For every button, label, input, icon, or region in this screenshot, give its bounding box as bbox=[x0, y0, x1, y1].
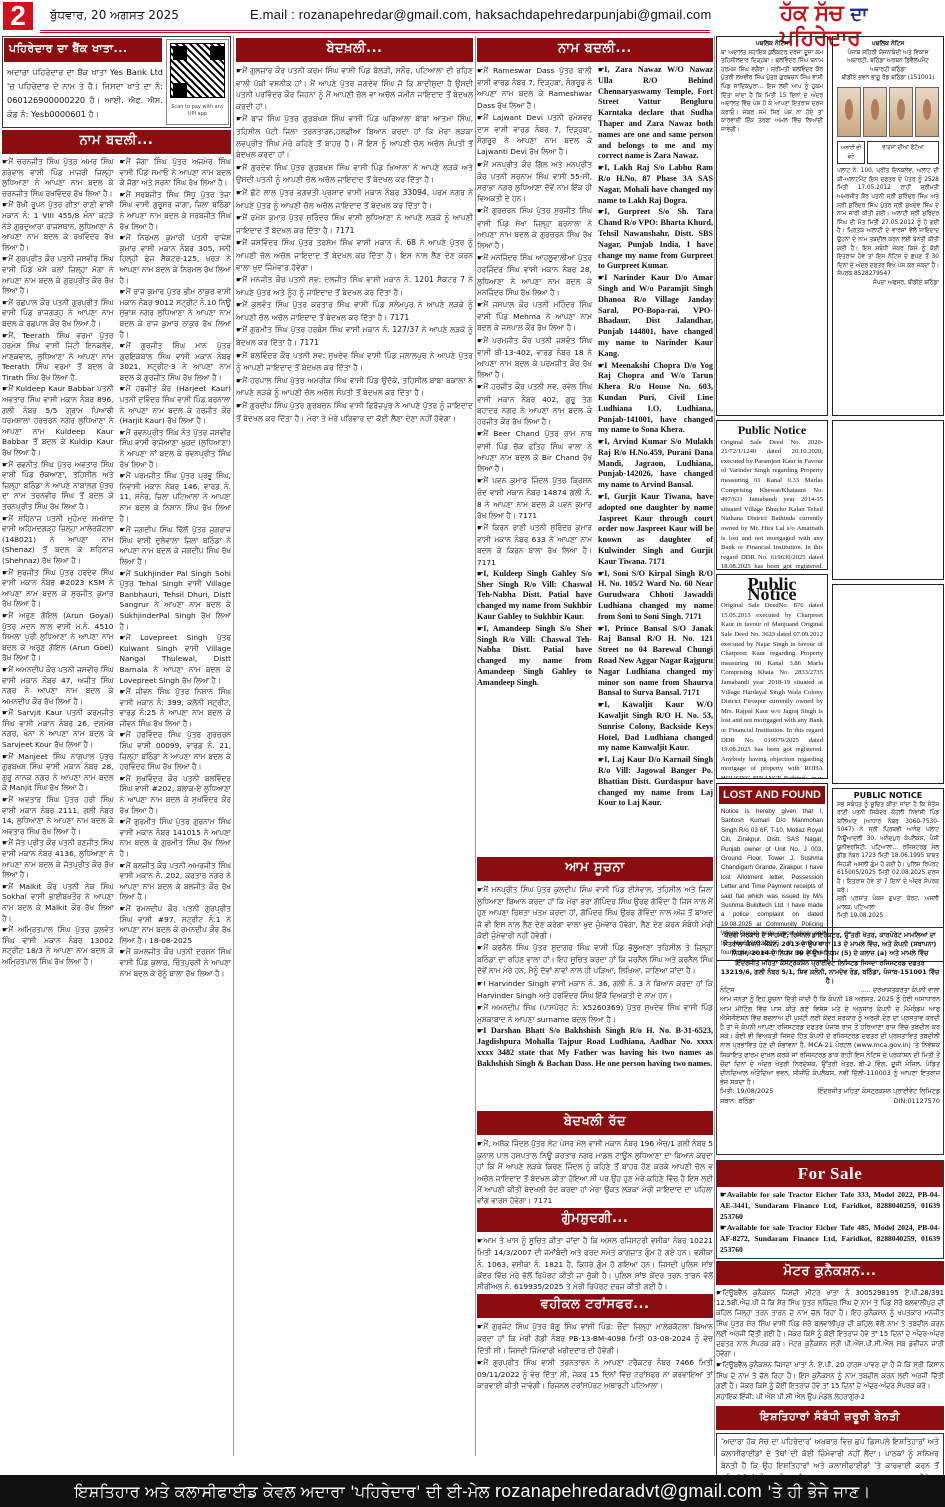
classified-item: ਮੈਂ ਜਸਵਿੰਦਰ ਸਿੰਘ ਪੁੱਤਰ ਤਰਸੇਮ ਸਿੰਘ ਵਾਸੀ ਮ… bbox=[236, 237, 473, 273]
name-change-list: ਮੈਂ ਚਰਨਜੀਤ ਸਿੰਘ ਪੁੱਤਰ ਅਮਰ ਸਿੰਘ ਗਰੇਵਾਲ ਵਾ… bbox=[2, 157, 231, 979]
classified-item: ਮੈਂ Beer Chand ਪੁੱਤਰ ਰਾਮ ਨਾਥ ਵਾਸੀ ਪਿੰਡ ਚ… bbox=[477, 428, 592, 474]
classified-item: ਮੈਂ ਬਲਜੀਤ ਕੌਰ ਪਤਨੀ ਅਮਰਜੀਤ ਸਿੰਘ ਵਾਸੀ ਮਕਾਨ… bbox=[120, 861, 232, 903]
classified-item: ਮੈਂ ਕੁਲਵੰਤ ਸਿੰਘ ਪੁੱਤਰ ਕਰਤਾਰ ਸਿੰਘ ਵਾਸੀ ਪਿ… bbox=[236, 299, 473, 323]
classified-item: ਮੈਂ ਹਰਪਾਲ ਸਿੰਘ ਪੁੱਤਰ ਅਮਰੀਕ ਸਿੰਘ ਵਾਸੀ ਪਿੰ… bbox=[236, 375, 473, 399]
classified-item: ਮੈਂ ਅਮਨਦੀਪ ਕੌਰ ਪਤਨੀ ਜਸਵੀਰ ਸਿੰਘ ਵਾਸੀ ਮਕਾਨ… bbox=[2, 665, 114, 707]
public-notice-roha: Public Notice Original Sale DeedNo. 876 … bbox=[716, 574, 828, 779]
disclaimer-title: ਇਸ਼ਤਿਹਾਰਾਂ ਸੰਬੰਧੀ ਜ਼ਰੂਰੀ ਬੇਨਤੀ bbox=[716, 1406, 944, 1430]
classified-item: ਮੈਂ ਹਰਜੀਤ ਕੌਰ ਪਤਨੀ ਸਵ. ਰਵੇਲ ਸਿੰਘ ਵਾਸੀ ਮਕ… bbox=[477, 381, 592, 427]
classified-item: ਮੈਂ ਅਰੁਣ ਗੋਇਲ (Arun Goyal) ਪੁੱਤਰ ਮਦਨ ਲਾਲ… bbox=[2, 611, 114, 664]
classified-item: ਮੈਂ ਰਮੇਸ਼ ਕੁਮਾਰ ਪੁੱਤਰ ਸੁਰਿੰਦਰ ਸਿੰਘ ਵਾਸੀ … bbox=[236, 212, 473, 236]
classified-item: ਮੈਂ ਅਵਤਾਰ ਸਿੰਘ ਪੁੱਤਰ ਹਰੀ ਸਿੰਘ ਵਾਸੀ ਮਕਾਨ … bbox=[2, 795, 114, 837]
classified-item: I Meenakshi Chopra D/o Yog Raj Chopra an… bbox=[598, 361, 713, 437]
company-notice-text: ਆਮ ਜਨਤਾ ਨੂੰ ਇਹ ਸੂਚਨਾ ਦਿੱਤੀ ਜਾਂਦੀ ਹੈ ਕਿ ਕ… bbox=[720, 995, 940, 1087]
footer-text-after: 'ਤੇ ਹੀ ਭੇਜੇ ਜਾਣ। bbox=[762, 1482, 871, 1501]
classified-item: I, Arvind Kumar S/o Mulakh Raj R/o H.No.… bbox=[598, 437, 713, 491]
classified-item: ਮੈਂ ਪਰਮਜੀਤ ਕੌਰ ਪਤਨੀ ਜਸਵੰਤ ਸਿੰਘ ਵਾਸੀ ਬੀ-1… bbox=[477, 335, 592, 381]
classified-item: ਮੈਂ Sukhjinder Pal Singh Sohi ਪੁੱਤਰ Teha… bbox=[120, 569, 232, 633]
missing-text: ਆਮ ਤੇ ਖਾਸ ਨੂੰ ਸੂਚਿਤ ਕੀਤਾ ਜਾਂਦਾ ਹੈ ਕਿ ਅਸਲ… bbox=[477, 1235, 713, 1292]
pa-notice-date: ਮਿਤੀ 19.08.2025 bbox=[837, 912, 939, 921]
section-heading-vehicle-transfer: ਵਹੀਕਲ ਟਰਾਂਸਫਰ... bbox=[477, 1294, 713, 1318]
qr-code-icon bbox=[170, 43, 225, 98]
classified-item: ਮੈਂ ਜੋਗਾ ਸਿੰਘ ਪੁੱਤਰ ਅਜਮੇਰ ਸਿੰਘ ਵਾਸੀ ਪਿੰਡ… bbox=[120, 157, 232, 189]
classified-item: I Darshan Bhatt S/o Bakhshish Singh R/o … bbox=[477, 1026, 713, 1069]
english-notices-stack: Public Notice Original Sale Deed No. 202… bbox=[716, 420, 828, 966]
contact-email-line[interactable]: E.mail : rozanapehredar@gmail.com, haksa… bbox=[250, 7, 711, 22]
classified-item: ਮੈਂ Rameswar Dass ਪੁੱਤਰ ਬਾਲੀ ਵਾਸੀ ਵਾਰਡ ਨ… bbox=[477, 65, 592, 111]
spare-notice-2 bbox=[832, 584, 944, 784]
classified-item: I, Kawaljit Kaur W/O Kawaljit Singh R/O … bbox=[598, 700, 713, 754]
page-number: 2 bbox=[3, 2, 33, 30]
bottom-right-stack: For Sale Available for sale Tractor Eich… bbox=[716, 1160, 944, 1487]
classified-item: ਮੈਂ Malkit ਕੌਰ ਪਤਨੀ ਨੇਕ ਸਿੰਘ Sokhal ਵਾਸੀ… bbox=[2, 882, 114, 924]
bda-notice-subtitle: ਪੰਜਾਬ ਸ਼ਹਿਰੀ ਯੋਜਨਾਬੰਦੀ ਅਤੇ ਵਿਕਾਸ ਅਥਾਰਟੀ,… bbox=[837, 49, 939, 75]
meter-signature: ਸਹਾਇਕ ਇੰਜੀ: ਪੀ ਐਸ ਪੀ ਸੀ ਐਲ ਉਪ ਮੰਡਲ ਲੇਹਰਾ… bbox=[716, 1392, 944, 1402]
meter-connection-text-2: ਟਿਊਬਵੈੱਲ ਕੁਨੈਕਸ਼ਨ ਜਿਸਦਾ ਖਾਤਾ ਨੰ. ਏ.ਪੀ. 2… bbox=[716, 1360, 944, 1391]
classified-item: I, Lakh Raj S/o Labhu Ram R/o H.No. 87 P… bbox=[598, 163, 713, 206]
masthead: 2 ਬੁੱਧਵਾਰ, 20 ਅਗਸਤ 2025 E.mail : rozanap… bbox=[0, 0, 945, 32]
company-notice-subrow: ਨੋਟਿਸ ..... ਦਰਖਾਸਤਕਰਤਾ ਕੰਪਨੀ ਵਾਲਾ bbox=[720, 986, 940, 995]
spare-notice bbox=[832, 420, 944, 580]
court-notice-text: ਬਾ ਅਦਾਲਤ ਸਹਾਇਕ ਕੁਲੈਕਟਰ ਦਰਜਾ ਦੂਜਾ ਕਮ ਤਹਿਸ… bbox=[721, 49, 823, 135]
classified-item: ਮੈਂ ਅਮਨਦੀਪ ਸਿੰਘ (ਪਾਸਪੋਰਟ ਨੰ: X5260369) ਪ… bbox=[477, 1002, 713, 1025]
upi-qr-code[interactable]: Scan to pay with any UPI app bbox=[166, 39, 229, 125]
classified-item: ਮੈਂ Lovepreet Singh ਪੁੱਤਰ Kulwant Singh … bbox=[120, 633, 232, 686]
logo-text-1: ਹੱਕ ਸੱਚ bbox=[780, 1, 850, 26]
section-heading-public-info: ਆਮ ਸੂਚਨਾ bbox=[477, 857, 713, 881]
column-divider bbox=[475, 36, 476, 1456]
name-change-grid: ਮੈਂ Rameswar Dass ਪੁੱਤਰ ਬਾਲੀ ਵਾਸੀ ਵਾਰਡ ਨ… bbox=[477, 65, 713, 855]
classified-item: ਮੈਂ ਰਛਪਾਲ ਕੌਰ ਪਤਨੀ ਗੁਰਪ੍ਰੀਤ ਸਿੰਘ ਵਾਸੀ ਪਿ… bbox=[2, 298, 114, 330]
section-heading-missing: ਗੁੰਮਸ਼ੁਦਗੀ... bbox=[477, 1208, 713, 1232]
classified-item: ਮੈਂ Sarvjit Kaur ਪਤਨੀ ਕਰਮਜੀਤ ਸਿੰਘ ਵਾਸੀ ਮ… bbox=[2, 708, 114, 750]
classified-item: ਮੈਂ ਚਰਨਜੀਤ ਸਿੰਘ ਪੁੱਤਰ ਅਮਰ ਸਿੰਘ ਗਰੇਵਾਲ ਵਾ… bbox=[2, 157, 114, 199]
classified-item: ਮੈਂ ਗੁਰਜੀਤ ਸਿੰਘ ਮਾਨ ਪੁੱਤਰ ਗੁਰਇਕਬਾਲ ਸਿੰਘ … bbox=[120, 341, 232, 383]
disinherit-cancel-text: ਮੈਂ, ਅਸ਼ੋਕ ਜਿੰਦਲ ਪੁੱਤਰ ਲੇਟ ਪੇਸਰ ਮੱਲ ਵਾਸੀ… bbox=[477, 1138, 713, 1206]
english-name-change-list: I, Zara Nawaz W/O Nawaz Ulla R/O Behind … bbox=[598, 65, 713, 855]
top-notices-row: ਪਬਲਿਕ ਨੋਟਿਸ ਬਾ ਅਦਾਲਤ ਸਹਾਇਕ ਕੁਲੈਕਟਰ ਦਰਜਾ … bbox=[716, 36, 944, 420]
classified-item: ਮੈਂ ਸੁਖਵਿੰਦਰ ਕੌਰ ਪਤਨੀ ਬਲਵਿੰਦਰ ਸਿੰਘ ਵਾਸੀ … bbox=[120, 774, 232, 816]
bank-box-title: ਪਹਿਰੇਦਾਰ ਦਾ ਬੈਂਕ ਖਾਤਾ... bbox=[4, 38, 162, 62]
public-notice-title: Public Notice bbox=[721, 580, 823, 599]
pa-notice-title: PUBLIC NOTICE bbox=[837, 792, 939, 801]
bda-notice-address: ਬੀਡੀਏ ਭਵਨ ਭਾਗੂ ਰੋਡ ਬਠਿੰਡਾ (151001) bbox=[837, 74, 939, 83]
classified-item: ਮੈਂ ਮਨਜੀਤ ਕੌਰ ਪਤਨੀ ਸਵ: ਦਲਜੀਤ ਸਿੰਘ ਵਾਸੀ ਮ… bbox=[236, 274, 473, 298]
classified-item: ਮੈਂ ਗੁਲਜ਼ਾਰ ਕੌਰ ਪਤਨੀ ਕਰਮ ਸਿੰਘ ਵਾਸੀ ਪਿੰਡ … bbox=[236, 65, 473, 112]
classified-item: ਮੈਂ ਬਾਜ ਸਿੰਘ ਪੁੱਤਰ ਗੁਰਬਖਸ਼ ਸਿੰਘ ਵਾਸੀ ਪਿੰ… bbox=[236, 113, 473, 160]
portrait-photo bbox=[837, 87, 861, 137]
logo-text-2: ਦਾ bbox=[850, 4, 867, 25]
court-public-notice: ਪਬਲਿਕ ਨੋਟਿਸ ਬਾ ਅਦਾਲਤ ਸਹਾਇਕ ਕੁਲੈਕਟਰ ਦਰਜਾ … bbox=[716, 36, 828, 416]
portrait-photo bbox=[889, 87, 913, 137]
classified-item: ਮੈਂ Lajwant Devi ਪਤਨੀ ਰਮੇਸ਼ਵਰ ਦਾਸ ਵਾਸੀ ਵ… bbox=[477, 112, 592, 158]
classified-item: ਮੈਂ ਗੁਰਪ੍ਰੀਤ ਸਿੰਘ ਵਾਸੀ ਤਰਨਤਾਰਨ ਨੇ ਆਪਣਾ ਟ… bbox=[477, 1357, 713, 1392]
classified-item: ਮੈਂ ਜਸਪਾਲ ਕੌਰ ਪਤਨੀ ਮਹਿੰਦਰ ਸਿੰਘ ਵਾਸੀ ਪਿੰਡ… bbox=[477, 299, 592, 334]
footer-ad-email-bar: ਇਸ਼ਤਿਹਾਰ ਅਤੇ ਕਲਾਸੀਫਾਈਡ ਕੇਵਲ ਅਦਾਰਾ 'ਪਹਿਰੇ… bbox=[0, 1475, 945, 1507]
classified-item: ਮੈਂ ਰਾਜ ਕੁਮਾਰ ਪੁੱਤਰ ਭੀਮ ਠਾਕੁਰ ਵਾਸੀ ਮਕਾਨ … bbox=[120, 287, 232, 340]
classified-item: ਮੈਂ ਮਨਪ੍ਰੀਤ ਕੌਰ ਗਿੱਲ ਅਤੇ ਮਨਪ੍ਰੀਤ ਕੌਰ ਪਤਨ… bbox=[477, 159, 592, 205]
classified-item: ਮੈਂ ਰਵਨੀਤ ਸਿੰਘ ਪੁੱਤਰ ਅਵਤਾਰ ਸਿੰਘ ਵਾਸੀ ਪਿੰ… bbox=[2, 460, 114, 513]
punjabi-notice-stack: PUBLIC NOTICE ਸਭ ਸਬੰਧਤ ਨੂੰ ਸੂਚਿਤ ਕੀਤਾ ਜਾ… bbox=[832, 420, 944, 966]
classified-item: ਮੈਂ ਗੁਰਜੰਟ ਸਿੰਘ ਪੁੱਤਰ ਬੱਗੂ ਸਿੰਘ ਵਾਸੀ ਪਿੰ… bbox=[477, 1321, 713, 1356]
column-divider bbox=[233, 36, 234, 1456]
footer-text-before: ਇਸ਼ਤਿਹਾਰ ਅਤੇ ਕਲਾਸੀਫਾਈਡ ਕੇਵਲ ਅਦਾਰਾ 'ਪਹਿਰੇ… bbox=[75, 1482, 495, 1501]
section-heading-name-change-2: ਨਾਮ ਬਦਲੀ... bbox=[477, 38, 713, 62]
bank-account-box: ਪਹਿਰੇਦਾਰ ਦਾ ਬੈਂਕ ਖਾਤਾ... ਅਦਾਰਾ ਪਹਿਰੇਦਾਰ … bbox=[2, 36, 231, 128]
lost-found-title: LOST AND FOUND bbox=[719, 786, 825, 804]
photo-captions: ਅਲਾਟੀ ਦੀ ਫੋਟੋ ਵਾਰਸਾਂ ਦੀਆਂ ਫੋਟੋਆਂ bbox=[837, 141, 939, 167]
disinheritance-list: ਮੈਂ ਗੁਲਜ਼ਾਰ ਕੌਰ ਪਤਨੀ ਕਰਮ ਸਿੰਘ ਵਾਸੀ ਪਿੰਡ … bbox=[236, 65, 473, 424]
classified-item: I, Gurjit Kaur Tiwana, have adopted one … bbox=[598, 492, 713, 568]
classified-item: I, Laj Kaur D/o Karnail Singh R/o Vill: … bbox=[598, 755, 713, 809]
company-notice-sub: ਨੋਟਿਸ bbox=[720, 986, 734, 995]
classified-item: I, Gurpreet S/o Sh. Tara Chand R/o VPO: … bbox=[598, 207, 713, 272]
classified-item: ਮੈਂ ਰਮਨਦੀਪ ਕੌਰ ਪਤਨੀ ਗੁਰਪ੍ਰੀਤ ਸਿੰਘ ਵਾਸੀ #… bbox=[120, 904, 232, 946]
classified-item: ਮੈਂ ਅਮ੍ਰਿਤਪਾਲ ਸਿੰਘ ਪੁੱਤਰ ਕੁਲਵੰਤ ਸਿੰਘ ਵਾਸ… bbox=[2, 925, 114, 967]
classified-item: ਮੈਂ ਗੁਰਪ੍ਰੀਤ ਕੌਰ ਪਤਨੀ ਜਸਵੀਰ ਸਿੰਘ ਵਾਸੀ ਪਿ… bbox=[2, 254, 114, 296]
bda-notice-phone: ਸੰਪਰਕ 8528279547 bbox=[837, 270, 939, 279]
bda-notice-text: ਪਲਾਟ ਨੰ. 100, ਪ੍ਰੀਤ ਇਨਕਲੇਵ, ਅਲਾਟ ਦੀ ਕੀ-ਅ… bbox=[837, 167, 939, 270]
classified-item: I Harvinder Singh ਵਾਸੀ ਮਕਾਨ ਨੰ. 36, ਗਲੀ … bbox=[477, 978, 713, 1001]
classified-item: ਮੈਂ ਜੋਤ ਪ੍ਰੀਤ ਕੌਰ ਪਤਨੀ ਰਣਜੀਤ ਸਿੰਘ ਵਾਸੀ ਮ… bbox=[2, 838, 114, 880]
classified-item: ਮੈਂ ਗੁਰਦੀਪ ਸਿੰਘ ਪੁੱਤਰ ਗੁਰਬਚਨ ਸਿੰਘ ਵਾਸੀ ਫ… bbox=[236, 400, 473, 424]
company-notice-din: DIN:01127570 bbox=[818, 1097, 940, 1106]
punjabi-name-change-list: ਮੈਂ Rameswar Dass ਪੁੱਤਰ ਬਾਲੀ ਵਾਸੀ ਵਾਰਡ ਨ… bbox=[477, 65, 592, 855]
public-notice-au-bank: Public Notice Original Sale Deed No. 202… bbox=[716, 420, 828, 570]
for-sale-item: Available for sale Tractor Eicher Tafe 4… bbox=[717, 1222, 943, 1255]
classified-item: ਮੈਂ, Teerath ਸਿੰਘ ਵਰਮਾ ਪੁੱਤਰ ਹਰਮੇਸ਼ ਸਿੰਘ… bbox=[2, 331, 114, 384]
classified-item: ਮੈਂ ਰੱਖੀ ਰੂਪਨ ਪੁੱਤਰ ਗੀਤਾ ਰਾਣੀ ਵਾਸੀ ਮਕਾਨ … bbox=[2, 200, 114, 253]
classified-item: ਮੈਂ ਮਨਜਿੰਦਰ ਸਿੰਘ ਆਹਲੂਵਾਲੀਆ ਪੁੱਤਰ ਹਰਜਿੰਦਰ… bbox=[477, 252, 592, 298]
footer-email-link[interactable]: rozanapehredaradvt@gmail.com bbox=[495, 1481, 762, 1501]
classified-item: ਮੈਂ ਹਰਵਿੰਦਰ ਸਿੰਘ ਪੁੱਤਰ ਗੁਰਚਰਨ ਸਿੰਘ ਵਾਸੀ … bbox=[120, 730, 232, 772]
classified-item: I, Zara Nawaz W/O Nawaz Ulla R/O Behind … bbox=[598, 65, 713, 162]
portrait-photo bbox=[863, 87, 887, 137]
bda-public-notice: ਪਬਲਿਕ ਨੋਟਿਸ ਪੰਜਾਬ ਸ਼ਹਿਰੀ ਯੋਜਨਾਬੰਦੀ ਅਤੇ ਵ… bbox=[832, 36, 944, 416]
company-notice-date: ਮਿਤੀ: 19/08/2025 bbox=[720, 1087, 773, 1096]
classified-item: I Narinder Kaur D/o Amar Singh and W/o P… bbox=[598, 273, 713, 359]
section-heading-disinherit-cancel: ਬੇਦਖਲੀ ਰੱਦ bbox=[477, 1111, 713, 1135]
classified-item: ਮੈਂ ਜਗਦੀਪ ਸਿੰਘ ਢਿੱਲੋਂ ਪੁੱਤਰ ਜੁਗਰਾਜ ਸਿੰਘ … bbox=[120, 525, 232, 567]
public-notice-title: Public Notice bbox=[721, 426, 823, 436]
for-sale-title: For Sale bbox=[717, 1161, 943, 1187]
public-info-list: ਮੈਂ ਮਨਪ੍ਰੀਤ ਸਿੰਘ ਪੁੱਤਰ ਕੁਲਦੀਪ ਸਿੰਘ ਵਾਸੀ … bbox=[477, 884, 713, 1109]
bank-box-text: ਅਦਾਰਾ ਪਹਿਰੇਦਾਰ ਦਾ ਬੈਂਕ ਖਾਤਾ Yes Bank Ltd… bbox=[7, 65, 163, 121]
section-heading-name-change: ਨਾਮ ਬਦਲੀ... bbox=[2, 130, 231, 154]
classified-item: ਮੈਂ ਨਿਰਮਲ ਕੁਮਾਰੀ ਪਤਨੀ ਰਾਜੇਸ਼ ਕੁਮਾਰ ਵਾਸੀ … bbox=[120, 233, 232, 286]
heirs-photo-label: ਵਾਰਸਾਂ ਦੀਆਂ ਫੋਟੋਆਂ bbox=[867, 141, 939, 164]
classified-item: ਮੈਂ ਮਨਪ੍ਰੀਤ ਸਿੰਘ ਪੁੱਤਰ ਕੁਲਦੀਪ ਸਿੰਘ ਵਾਸੀ … bbox=[477, 884, 713, 941]
section-heading-disinheritance: ਬੇਦਖ਼ਲੀ... bbox=[236, 38, 473, 62]
classified-item: ਮੈਂ ਗੁਰਮੀਤ ਸਿੰਘ ਪੁੱਤਰ ਹਰਬੰਸ ਸਿੰਘ ਵਾਸੀ ਮਕ… bbox=[236, 324, 473, 348]
classified-item: ਮੈਂ ਸਰਬਜੀਤ ਸਿੰਘ ਸਿੱਧੂ ਪੁੱਤਰ ਤੇਜਾ ਸਿੰਘ ਵਾ… bbox=[120, 190, 232, 232]
classified-item: ਮੈਂ ਗੁਰਮੀਤ ਸਿੰਘ ਪੁੱਤਰ ਗੁਰਨਾਮ ਸਿੰਘ ਵਾਸੀ ਮ… bbox=[120, 817, 232, 859]
court-notice-title: ਪਬਲਿਕ ਨੋਟਿਸ bbox=[721, 40, 823, 49]
column-disinheritance: ਬੇਦਖ਼ਲੀ... ਮੈਂ ਗੁਲਜ਼ਾਰ ਕੌਰ ਪਤਨੀ ਕਰਮ ਸਿੰਘ… bbox=[236, 36, 473, 1454]
section-heading-meter: ਮੋਟਰ ਕੁਨੈਕਸ਼ਨ... bbox=[716, 1261, 944, 1285]
company-office-shift-notice: ਕੇਂਦਰੀ ਸਰਕਾਰ ਦੇ ਸਾਹਮਣੇ, ਰਿਜਨਲ ਡਾਇਰੈਕਟਰ, … bbox=[716, 927, 944, 1155]
company-notice-heading: ਕੇਂਦਰੀ ਸਰਕਾਰ ਦੇ ਸਾਹਮਣੇ, ਰਿਜਨਲ ਡਾਇਰੈਕਟਰ, … bbox=[720, 931, 940, 986]
column-name-change-2: ਨਾਮ ਬਦਲੀ... ਮੈਂ Rameswar Dass ਪੁੱਤਰ ਬਾਲੀ… bbox=[477, 36, 713, 1454]
company-notice-city: ਸਥਾਨ: ਬਠਿੰਡਾ bbox=[720, 1097, 773, 1106]
classified-item: ਮੈਂ ਪਵਨ ਕੁਮਾਰ ਜਿੰਦਲ ਪੁੱਤਰ ਕ੍ਰਿਸ਼ਨ ਚੰਦ ਵਾ… bbox=[477, 475, 592, 521]
classified-item: ਮੈਂ ਗੁਰਚਰਨ ਸਿੰਘ ਪੁੱਤਰ ਸੁਰਜੀਤ ਸਿੰਘ ਵਾਸੀ ਪ… bbox=[477, 205, 592, 251]
column-divider bbox=[714, 36, 715, 1456]
bda-notice-signature: ਸੰਪਦਾ ਅਫਸਰ, ਬੀਡੀਏ ਬਠਿੰਡਾ bbox=[837, 279, 939, 288]
classified-item: I, Soni S/O Kirpal Singh R/O H. No. 105/… bbox=[598, 569, 713, 623]
classified-item: ਮੈਂ ਰਵਨਪ੍ਰੀਤ ਸਿੰਘ ਨੰਤ ਪੁੱਤਰ ਜਸਵੀਰ ਸਿੰਘ ਵ… bbox=[120, 428, 232, 470]
qr-caption: Scan to pay with any UPI app bbox=[167, 104, 228, 118]
classified-item: ਮੈਂ ਜੀਵਨ ਸਿੰਘ ਪੁੱਤਰ ਨਿਸ਼ਾਨ ਸਿੰਘ ਵਾਸੀ ਮਕਾ… bbox=[120, 687, 232, 729]
classified-item: ਮੈਂ ਸ਼ਹਿਨਾਜ਼ ਪਤਨੀ ਮੁਹੰਮਦ ਸ਼ਮਸ਼ਾਦ ਵਾਸੀ ਅਹ… bbox=[2, 514, 114, 567]
portrait-photo bbox=[915, 87, 939, 137]
classified-item: ਮੈਂ ਸੁਰਜੀਤ ਸਿੰਘ ਪੁੱਤਰ ਹਰਦੇਵ ਸਿੰਘ ਵਾਸੀ ਮਕ… bbox=[2, 568, 114, 610]
classified-item: I, Kuldeep Singh Gahley S/o Sher Singh R… bbox=[477, 569, 592, 623]
classified-item: ਮੈਂ ਬਲਵਿੰਦਰ ਕੌਰ ਪਤਨੀ ਸਵ: ਸੁਖਦੇਵ ਸਿੰਘ ਵਾਸ… bbox=[236, 350, 473, 374]
public-notice-text: Original Sale DeedNo. 876 dated 15.05.20… bbox=[721, 601, 823, 779]
classified-item: ਮੈਂ ਕਰਨੈਲ ਸਿੰਘ ਪੁੱਤਰ ਸੁਦਾਗਰ ਸਿੰਘ ਵਾਸੀ ਪਿ… bbox=[477, 942, 713, 977]
classified-item: I, Amandeep Singh S/o Sher Singh R/o Vil… bbox=[477, 624, 592, 689]
public-notice-text: Original Sale Deed No. 2020-21/72/1/1240… bbox=[721, 438, 823, 570]
column-name-change-1: ਪਹਿਰੇਦਾਰ ਦਾ ਬੈਂਕ ਖਾਤਾ... ਅਦਾਰਾ ਪਹਿਰੇਦਾਰ … bbox=[2, 36, 231, 1454]
middle-notices-row: Public Notice Original Sale Deed No. 202… bbox=[716, 420, 944, 966]
heirs-photos bbox=[837, 87, 939, 137]
pa-notice-text: ਸਭ ਸਬੰਧਤ ਨੂੰ ਸੂਚਿਤ ਕੀਤਾ ਜਾਂਦਾ ਹੈ ਕਿ ਸੰਤੋ… bbox=[837, 801, 939, 896]
classified-item: ਮੈਂ ਗੁਰਦੇਵ ਸਿੰਘ ਪੁੱਤਰ ਗੁਰਬਖਸ਼ ਸਿੰਘ ਵਾਸੀ … bbox=[236, 162, 473, 186]
for-sale-box: For Sale Available for sale Tractor Eich… bbox=[716, 1160, 944, 1259]
classified-item: ਮੈਂ ਪਰਮਜੀਤ ਸਿੰਘ ਪੁੱਤਰ ਪ੍ਰਭੂ ਸਿੰਘ, ਨਿਵਾਸੀ… bbox=[120, 471, 232, 524]
classified-item: ਮੈਂ ਕਮਲਜੀਤ ਕੌਰ ਪਤਨੀ ਦਰਸ਼ਨ ਸਿੰਘ ਵਾਸੀ ਪਿੰਡ… bbox=[120, 947, 232, 979]
classified-item: I, Prince Bansal S/O Janak Raj Bansal R/… bbox=[598, 624, 713, 700]
bda-notice-title: ਪਬਲਿਕ ਨੋਟਿਸ bbox=[837, 40, 939, 49]
masthead-divider bbox=[40, 30, 710, 33]
vehicle-transfer-list: ਮੈਂ ਗੁਰਜੰਟ ਸਿੰਘ ਪੁੱਤਰ ਬੱਗੂ ਸਿੰਘ ਵਾਸੀ ਪਿੰ… bbox=[477, 1321, 713, 1391]
meter-connection-text: ਟਿਊਬਵੈੱਲ ਕੁਨੈਕਸ਼ਨ ਜਿਸਦੀ ਮੀਟਰ ਖਾਤਾ ਨੰ 300… bbox=[716, 1288, 944, 1359]
classified-item: ਮੈਂ Manjeet ਸਿੰਘ ਨਾਗਪਾਲ ਪੁੱਤਰ ਗੁਰਬਖਸ਼ ਸਿ… bbox=[2, 752, 114, 794]
company-notice-footer: ਮਿਤੀ: 19/08/2025 ਸਥਾਨ: ਬਠਿੰਡਾ ਇੰਦਰਜੀਤ ਮਹ… bbox=[720, 1087, 940, 1105]
pa-notice-signature: ਸ਼੍ਰੀ ਪ੍ਰਸ਼ਾਂਤ ਪੰਕਜ ਗੁਪਤਾ ਕੋਰਟ, ਅਸਲੀ ਮਾਲ… bbox=[837, 895, 939, 912]
allottee-photo-label: ਅਲਾਟੀ ਦੀ ਫੋਟੋ bbox=[837, 141, 865, 164]
classified-item: ਮੈਂ Kuldeep Kaur Babbar ਪਤਨੀ ਅਵਤਾਰ ਸਿੰਘ … bbox=[2, 384, 114, 458]
issue-date: ਬੁੱਧਵਾਰ, 20 ਅਗਸਤ 2025 bbox=[50, 8, 179, 23]
company-notice-signatory: ਇੰਦਰਜੀਤ ਮਹਿਤਾ ਕੰਸਟ੍ਰਕਸ਼ਨ ਪ੍ਰਾਈਵੇਟ ਲਿਮਿਟਡ bbox=[818, 1087, 940, 1096]
for-sale-item: Available for sale Tractor Eicher Tafe 3… bbox=[717, 1189, 943, 1222]
classified-item: ਮੈਂ ਹਰਜੀਤ ਕੌਰ (Harjeet Kaur) ਪਤਨੀ ਦਵਿੰਦਰ… bbox=[120, 384, 232, 426]
classified-item: ਮੈਂ ਕਿਰਨ ਰਾਣੀ ਪਤਨੀ ਸੁਰਿੰਦਰ ਕੁਮਾਰ ਵਾਸੀ ਮਕ… bbox=[477, 522, 592, 568]
classified-item: ਮੈਂ ਛੋਟੇ ਲਾਲ ਪੁੱਤਰ ਭਗਵਤੀ ਪ੍ਰਸ਼ਾਦ ਵਾਸੀ ਮਕ… bbox=[236, 187, 473, 211]
company-notice-applicant: ..... ਦਰਖਾਸਤਕਰਤਾ ਕੰਪਨੀ ਵਾਲਾ bbox=[861, 986, 940, 995]
